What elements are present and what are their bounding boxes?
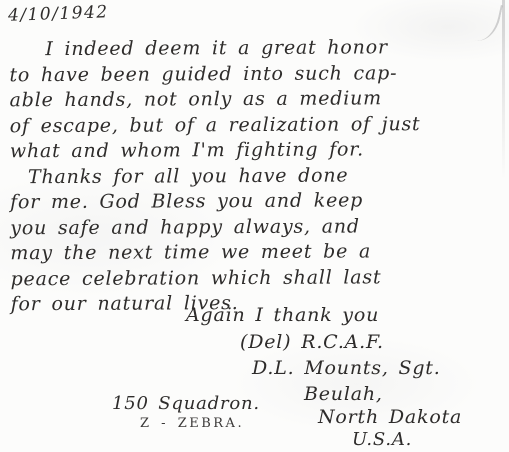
letter-line: I indeed deem it a great honor: [9, 35, 493, 63]
letter-line: you safe and happy always, and: [10, 213, 494, 241]
letter-line: what and whom I'm fighting for.: [10, 137, 494, 165]
scan-edge-shadow: [502, 0, 505, 180]
letter-line: Thanks for all you have done: [10, 162, 494, 190]
closing-thanks-line: Again I thank you: [186, 304, 379, 326]
letter-line: to have been guided into such cap-: [9, 60, 493, 88]
address-country-line: U.S.A.: [352, 429, 412, 450]
letter-line: for me. God Bless you and keep: [10, 188, 494, 216]
signature-line: D.L. Mounts, Sgt.: [252, 357, 441, 379]
letter-line: of escape, but of a realization of just: [10, 111, 494, 139]
closing-service-line: (Del) R.C.A.F.: [240, 331, 384, 353]
letter-line: able hands, not only as a medium: [10, 86, 494, 114]
letter-page: 4/10/1942 I indeed deem it a great honor…: [0, 0, 509, 452]
address-state-line: North Dakota: [318, 406, 462, 428]
letter-line: peace celebration which shall last: [10, 264, 494, 292]
squadron-line: 150 Squadron.: [112, 393, 260, 414]
letter-body: I indeed deem it a great honor to have b…: [9, 35, 494, 318]
letter-line: may the next time we meet be a: [10, 239, 494, 267]
date-text: 4/10/1942: [8, 2, 109, 26]
address-city-line: Beulah,: [304, 383, 383, 405]
callsign-line: Z - ZEBRA.: [140, 416, 244, 431]
